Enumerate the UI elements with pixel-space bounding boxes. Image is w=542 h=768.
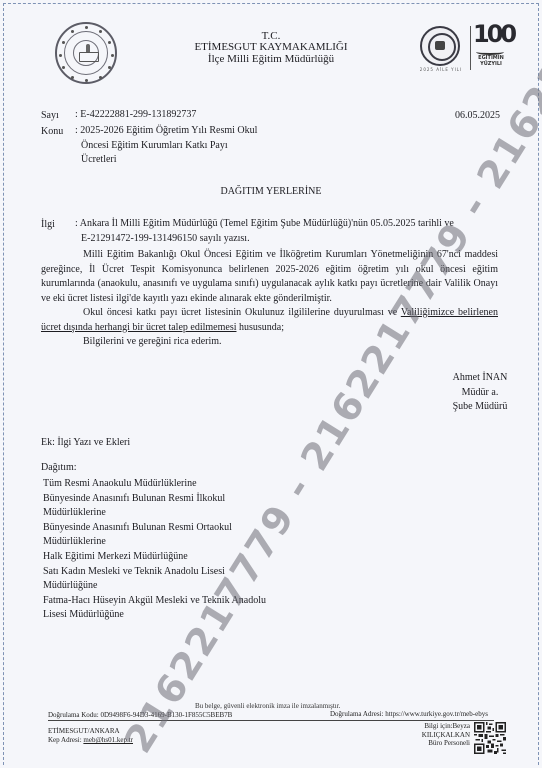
sayi-value: : E-42222881-299-131892737: [75, 108, 196, 123]
verification-address[interactable]: Doğrulama Adresi: https://www.turkiye.go…: [330, 710, 488, 718]
attachments: Ek: İlgi Yazı ve Ekleri: [41, 437, 130, 448]
meb-emblem-icon: [55, 22, 117, 84]
verification-code: Doğrulama Kodu: 0D9498F6-94D3-4169-B130-…: [48, 711, 232, 719]
konu-value: : 2025-2026 Eğitim Öğretim Yılı Resmi Ok…: [75, 124, 257, 168]
family-year-emblem-icon: [420, 26, 460, 66]
esign-note: Bu belge, güvenli elektronik imza ile im…: [195, 702, 340, 710]
distribution-list: Tüm Resmi Anaokulu Müdürlüklerine Bünyes…: [43, 477, 273, 623]
info-line: KILIÇKALKAN: [380, 731, 470, 740]
footer-divider: [48, 720, 494, 721]
p2-end: hususunda;: [236, 322, 284, 333]
list-item: Satı Kadın Mesleki ve Teknik Anadolu Lis…: [43, 565, 273, 594]
kep-link[interactable]: meb@hs01.kep.tr: [83, 736, 133, 744]
header-mudurluk: İlçe Milli Eğitim Müdürlüğü: [171, 53, 371, 65]
body-paragraph-3: Bilgilerini ve gereğini rica ederim.: [41, 335, 498, 350]
info-line: Büro Personeli: [380, 739, 470, 748]
list-item: Bünyesinde Anasınıfı Bulunan Resmi İlkok…: [43, 492, 273, 521]
konu-line: Öncesi Eğitim Kurumları Katkı Payı: [75, 139, 257, 154]
kep-label: Kep Adresi:: [48, 736, 83, 744]
egitimin-yuzyili-caption: EĞİTİMİN YÜZYILI: [473, 55, 509, 67]
contact-info: Bilgi için:Beyza KILIÇKALKAN Büro Person…: [380, 722, 470, 748]
ilgi-line: E-21291472-199-131496150 sayılı yazısı.: [75, 232, 495, 247]
list-item: Fatma-Hacı Hüseyin Akgül Mesleki ve Tekn…: [43, 594, 273, 623]
logo-separator: [470, 26, 471, 70]
caption-line: YÜZYILI: [473, 61, 509, 67]
ilgi-line: : Ankara İl Milli Eğitim Müdürlüğü (Teme…: [75, 217, 495, 232]
kep-address: Kep Adresi: meb@hs01.kep.tr: [48, 736, 133, 744]
sayi-label: Sayı: [41, 110, 59, 121]
konu-label: Konu: [41, 126, 63, 137]
page-border-left: [3, 3, 4, 765]
page-border-top: [3, 3, 539, 4]
document-title: DAĞITIM YERLERİNE: [0, 186, 542, 197]
document-page: T.C. ETİMESGUT KAYMAKAMLIĞI İlçe Milli E…: [0, 0, 542, 768]
signer-title: Müdür a.: [440, 386, 520, 401]
list-item: Bünyesinde Anasınıfı Bulunan Resmi Ortao…: [43, 521, 273, 550]
page-border-right: [538, 3, 539, 765]
footer-city: ETİMESGUT/ANKARA: [48, 727, 120, 735]
header-kaymakamlik: ETİMESGUT KAYMAKAMLIĞI: [171, 41, 371, 53]
body-paragraph-2: Okul öncesi katkı payı ücret listesinin …: [41, 306, 498, 335]
signer-position: Şube Müdürü: [440, 400, 520, 415]
egitimin-yuzyili-100-icon: 100: [473, 20, 514, 48]
info-line: Bilgi için:Beyza: [380, 722, 470, 731]
distribution-label: Dağıtım:: [41, 462, 77, 473]
document-date: 06.05.2025: [455, 110, 500, 121]
ilgi-label: İlgi: [41, 219, 55, 230]
konu-line: Ücretleri: [75, 153, 257, 168]
ilgi-value: : Ankara İl Milli Eğitim Müdürlüğü (Teme…: [75, 217, 495, 246]
list-item: Tüm Resmi Anaokulu Müdürlüklerine: [43, 477, 273, 492]
signer-name: Ahmet İNAN: [440, 371, 520, 386]
p2-text: Okul öncesi katkı payı ücret listesinin …: [83, 307, 401, 318]
list-item: Halk Eğitimi Merkezi Müdürlüğüne: [43, 550, 273, 565]
qr-code-icon[interactable]: [474, 722, 506, 754]
konu-line: : 2025-2026 Eğitim Öğretim Yılı Resmi Ok…: [75, 124, 257, 139]
signature-block: Ahmet İNAN Müdür a. Şube Müdürü: [440, 371, 520, 415]
family-year-caption: 2025 AİLE YILI: [418, 67, 464, 72]
body-paragraph-1: Milli Eğitim Bakanlığı Okul Öncesi Eğiti…: [41, 248, 498, 306]
